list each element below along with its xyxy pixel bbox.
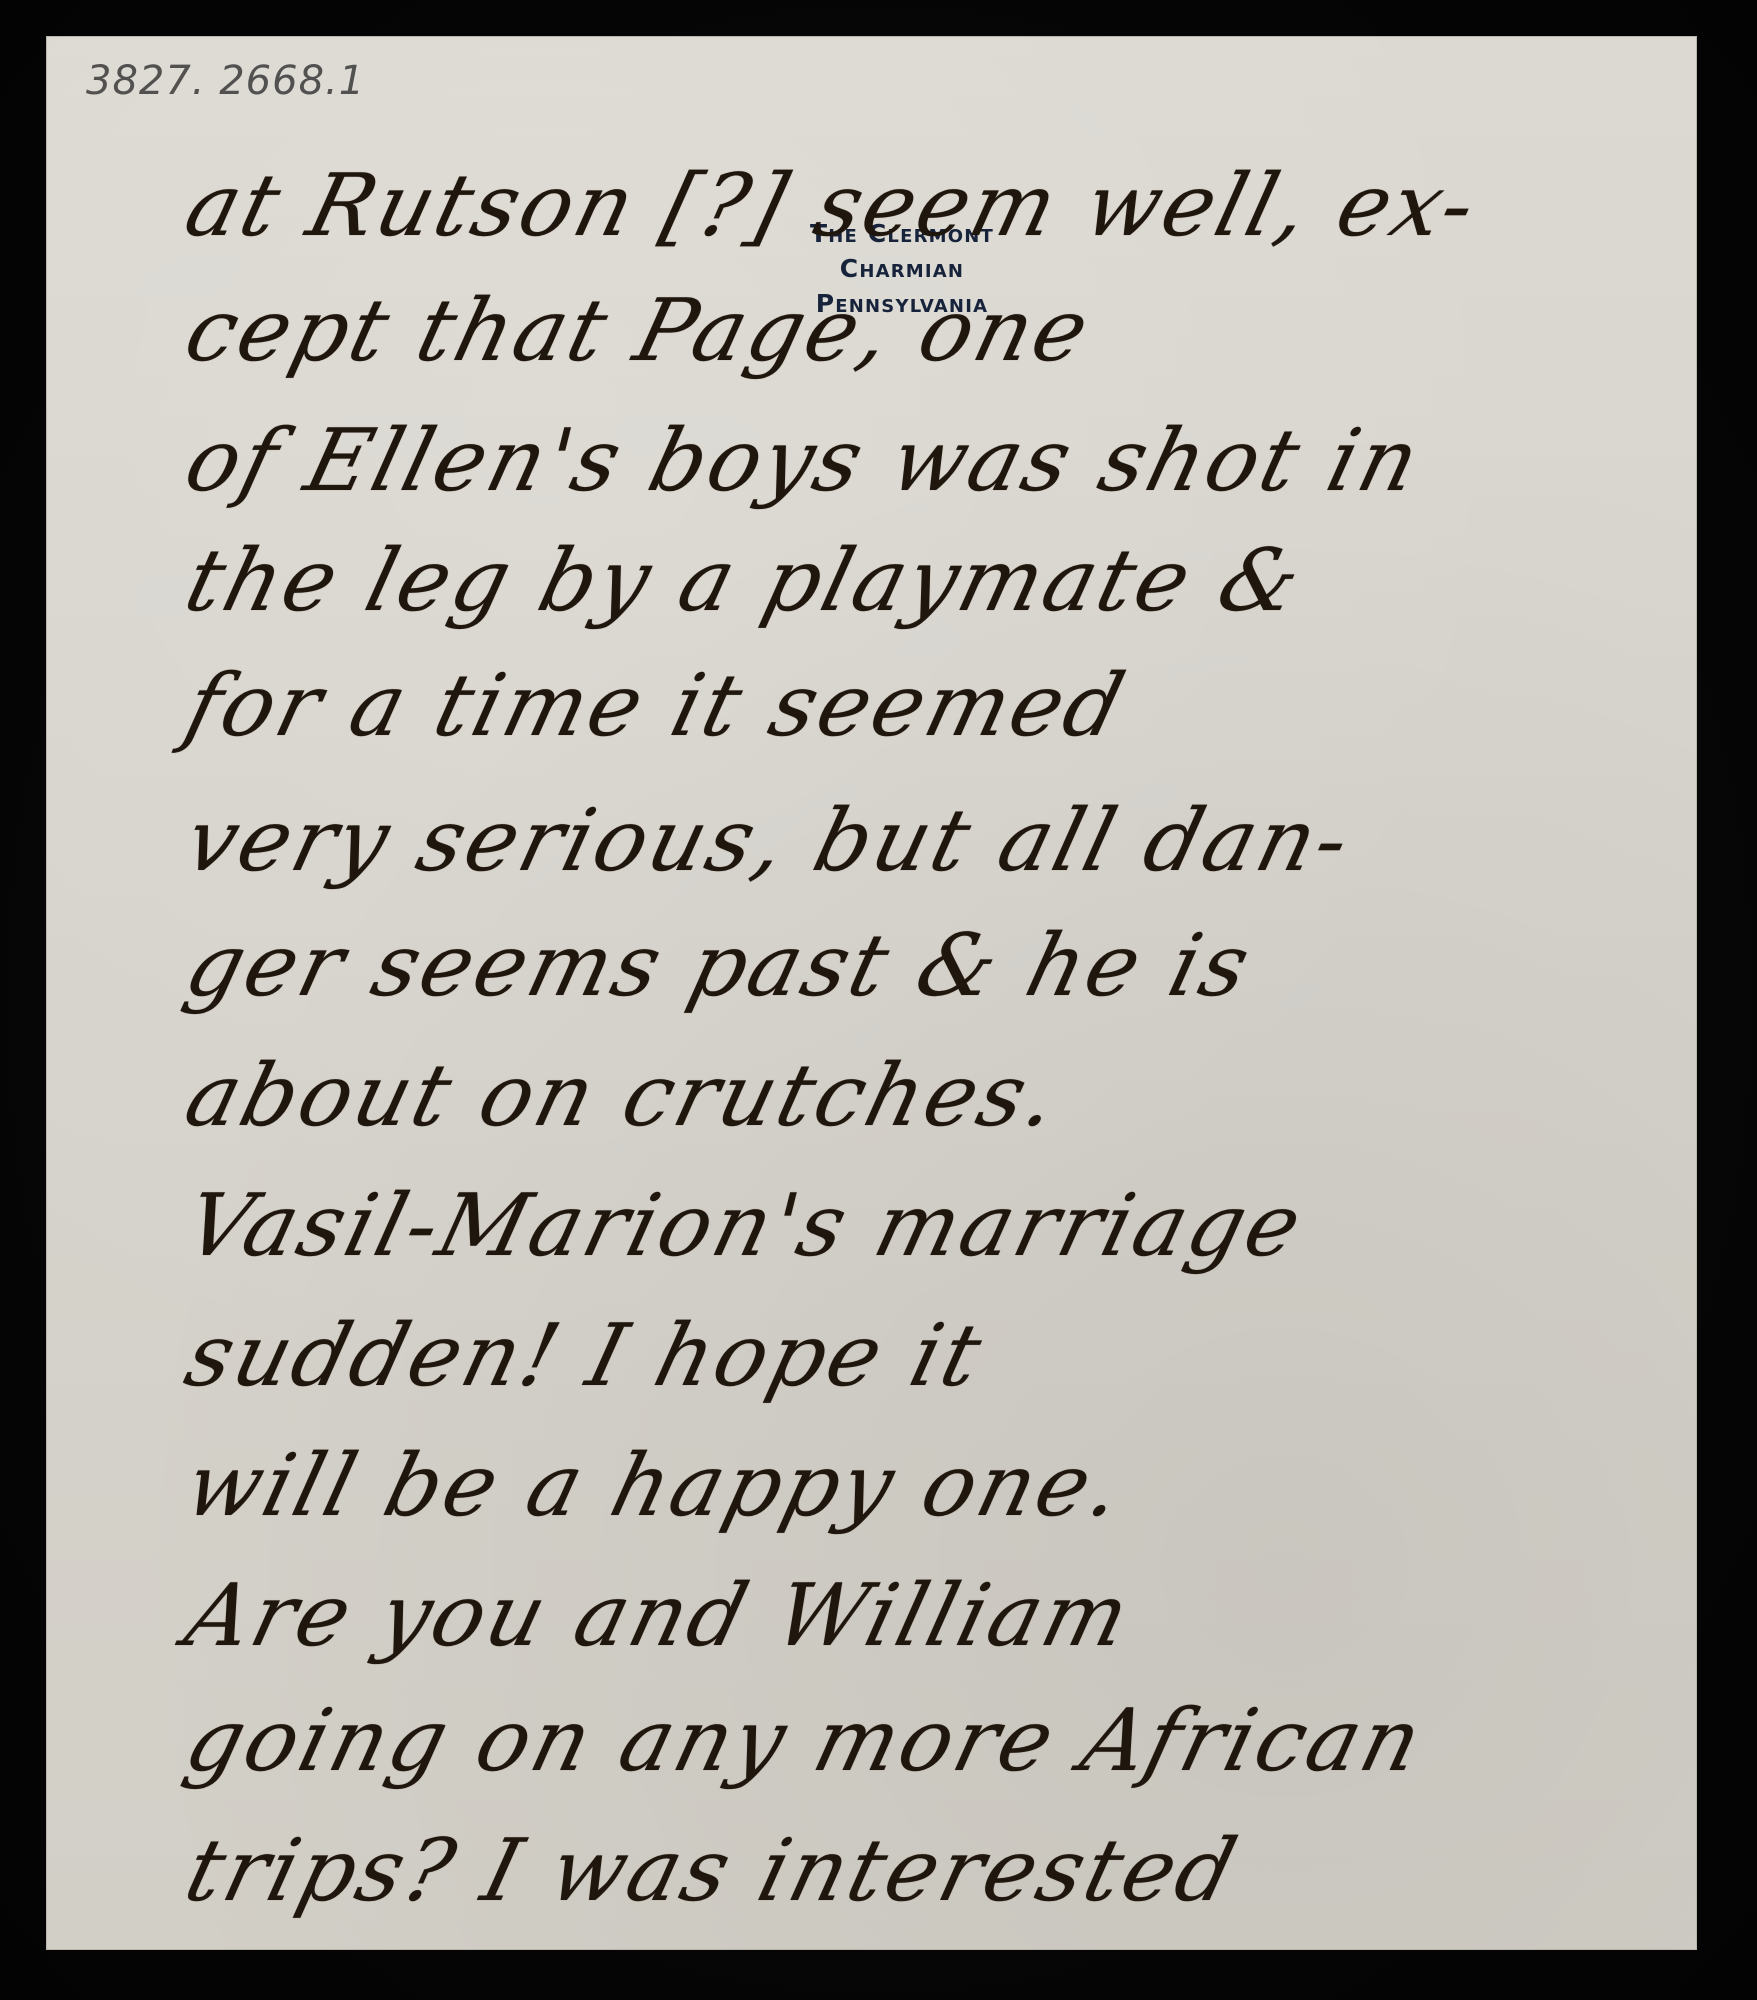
handwriting-line: sudden! I hope it [176,1306,994,1406]
handwriting-line: at Rutson [?] seem well, ex- [176,156,1488,256]
handwriting-line: about on crutches. [176,1046,1070,1146]
handwriting-line: Are you and William [176,1566,1141,1666]
handwriting-line: ger seems past & he is [176,916,1262,1016]
handwriting-line: for a time it seemed [176,656,1136,756]
handwriting-line: trips? I was interested [176,1821,1248,1921]
handwriting-line: the leg by a playmate & [176,531,1313,631]
accession-number: 3827. 2668.1 [86,58,365,104]
handwriting-line: will be a happy one. [176,1436,1134,1536]
handwriting-line: very serious, but all dan- [176,791,1362,891]
handwriting-line: of Ellen's boys was shot in [176,411,1431,511]
handwriting-line: Vasil-Marion's marriage [176,1176,1314,1276]
handwriting-line: going on any more African [176,1691,1434,1791]
letter-page: 3827. 2668.1 The Clermont Charmian Penns… [46,36,1697,1950]
handwriting-line: cept that Page, one [176,281,1101,381]
